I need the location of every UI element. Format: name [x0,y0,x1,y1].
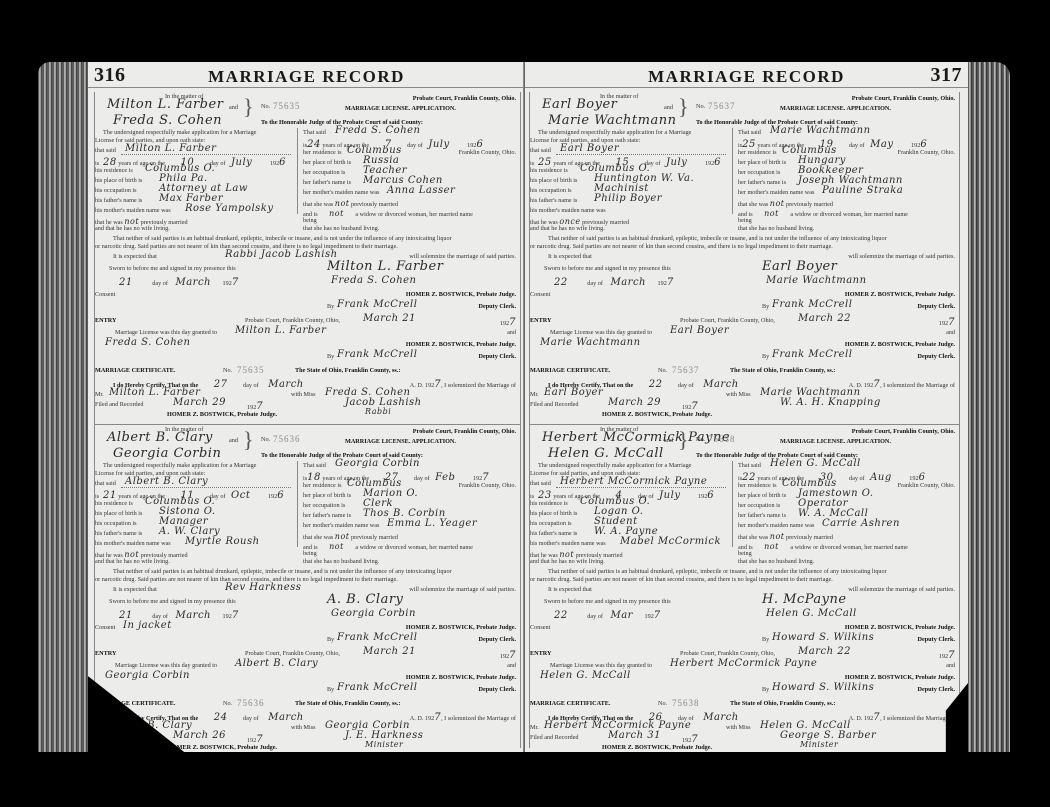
ad-label: A. D. 192 [849,715,873,722]
day-of-label: day of [678,382,694,389]
that-said-label: that said [530,148,551,154]
his-father-label: his father's name is [530,531,577,537]
consent-label: Consent [95,292,115,298]
state-label: The State of Ohio, Franklin County, ss.: [295,368,400,374]
filed-date: March 31 [608,731,661,741]
deputy-label: Deputy Clerk. [479,687,516,693]
deputy-signature: Frank McCrell [337,300,417,310]
license-application-title: MARRIAGE LICENSE. APPLICATION. [345,439,456,445]
solemnized-label: I solemnized the Marriage of [444,382,516,389]
entry-deputy: Frank McCrell [337,683,417,693]
bride-name: Marie Wachtmann [548,114,676,127]
court-label: Probate Court, Franklin County, Ohio. [413,96,516,102]
franklin-label: Franklin County, Ohio. [459,483,516,489]
cert-no-label: No. [223,368,232,374]
cert-number: 75638 [672,699,700,708]
cert-month: March [268,712,304,723]
entry-deputy: Howard S. Wilkins [772,683,874,693]
state-label: The State of Ohio, Franklin County, ss.: [730,701,835,707]
sworn-date-row: 22 day of Mar 1927 [554,611,661,621]
that-said-label: that said [95,148,116,154]
entry-year-row: 1927 [939,651,955,661]
neither-text-1: That neither of said parties is an habit… [548,236,887,242]
year-prefix: 192 [247,404,256,411]
groom-year: 6 [707,490,714,501]
cert-year: 7 [434,379,441,390]
entry-and-label: and [946,330,955,336]
sworn-year: 7 [232,610,239,621]
her-mother-label: her mother's maiden name was [303,190,379,196]
year-prefix: 192 [909,475,918,482]
that-said-label: that said [530,481,551,487]
sworn-day: 22 [554,277,568,288]
bride-mother: Emma L. Yeager [387,519,477,529]
entry-court-label: Probate Court, Franklin County, Ohio, [680,318,775,324]
entry-heading: ENTRY [95,651,116,657]
filed-label: Filed and Recorded [95,735,143,741]
with-miss-label: with Miss [291,725,316,731]
his-occupation-label: his occupation is [95,521,137,527]
consent-value: In jacket [123,621,172,631]
year-prefix: 192 [698,493,707,500]
bride-prev-married: not [335,199,350,208]
entry-and-label: and [946,663,955,669]
deputy-signature: Frank McCrell [772,300,852,310]
solemnizer-signature: W. A. H. Knapping [780,398,881,408]
column-divider [732,461,733,547]
previously-married-label: previously married [786,201,833,208]
cert-no-label: No. [223,701,232,707]
entry-groom: Milton L. Farber [235,326,326,336]
sworn-label: Sworn to before me and signed in my pres… [109,266,236,272]
bride-name-field: Helen G. McCall [770,459,861,469]
entry-and-label: and [507,663,516,669]
bride-mother: Anna Lasser [387,186,455,196]
neither-text-1: That neither of said parties is an habit… [113,236,452,242]
his-mother-label: his mother's maiden name was [95,208,171,214]
state-label: The State of Ohio, Franklin County, ss.: [295,701,400,707]
sworn-label: Sworn to before me and signed in my pres… [109,599,236,605]
record-entry: In the matter of Milton L. Farber and Fr… [95,92,520,422]
his-mother-label: his mother's maiden name was [95,541,171,547]
license-application-title: MARRIAGE LICENSE. APPLICATION. [780,106,891,112]
groom-year: 6 [714,157,721,168]
groom-father: Philip Boyer [594,194,662,204]
mr-label: Mr. [95,725,104,731]
year-prefix: 192 [500,320,509,327]
and-label: and [664,438,673,444]
day-of-label: day of [243,382,259,389]
neither-text-2: or narcotic drug. Said parties are not n… [530,244,833,250]
her-father-label: her father's name is [303,513,351,519]
filed-date: March 29 [608,398,661,408]
filed-label: Filed and Recorded [95,402,143,408]
license-number: 75637 [708,102,736,111]
previously-married-label: previously married [786,534,833,541]
certificate-heading: MARRIAGE CERTIFICATE. [95,701,175,707]
his-residence-label: his residence is [95,168,133,174]
her-that-said-label: That said [738,130,761,136]
entry-bride: Freda S. Cohen [105,338,191,348]
no-husband-label: that she has no husband living. [738,559,814,565]
her-father-label: her father's name is [303,180,351,186]
officiant: Rev Harkness [225,583,301,593]
cert-number: 75637 [672,366,700,375]
his-birth-label: his place of birth is [530,511,577,517]
license-granted-label: Marriage License was this day granted to [550,663,652,669]
bride-signature: Helen G. McCall [766,609,857,619]
day-of-label: day of [587,613,603,620]
she-was-row: that she was not previously married [738,200,833,208]
judge-label: HOMER Z. BOSTWICK, Probate Judge. [602,745,712,751]
undersigned-text: The undersigned respectfully make applic… [538,130,691,136]
judge-label: HOMER Z. BOSTWICK, Probate Judge. [602,412,712,418]
his-residence-label: his residence is [95,501,133,507]
being-label: being [738,218,752,224]
judge-label: HOMER Z. BOSTWICK, Probate Judge. [406,292,516,298]
day-of-label: day of [407,142,423,149]
his-occupation-label: his occupation is [530,188,572,194]
deputy-label: Deputy Clerk. [918,304,955,310]
dotline [556,154,726,155]
ad-row: A. D. 1927, I solemnized the Marriage of [849,380,955,390]
column-divider [297,461,298,547]
deputy-label: Deputy Clerk. [479,637,516,643]
groom-name: Albert B. Clary [107,431,213,444]
filed-label: Filed and Recorded [530,735,578,741]
widow-row: and is not a widow or divorced woman, he… [303,210,473,218]
and-label: and [229,438,238,444]
license-number-label: No. [696,437,705,443]
her-occupation-label: her occupation is [303,503,345,509]
brace: } [243,429,254,451]
groom-name: Earl Boyer [542,98,617,111]
expected-label: It is expected that [548,587,592,593]
that-said-label: that said [95,481,116,487]
ad-row: A. D. 1927, I solemnized the Marriage of [410,380,516,390]
deputy-label: Deputy Clerk. [918,354,955,360]
entry-court-label: Probate Court, Franklin County, Ohio, [245,651,340,657]
license-granted-label: Marriage License was this day granted to [115,663,217,669]
her-residence-label: her residence is [738,150,776,156]
groom-name: Milton L. Farber [107,98,223,111]
records-frame: In the matter of Milton L. Farber and Fr… [94,92,521,748]
his-birth-label: his place of birth is [95,178,142,184]
his-birth-label: his place of birth is [95,511,142,517]
bride-mother: Pauline Straka [822,186,903,196]
bride-bmonth: Aug [870,472,892,483]
his-occupation-label: his occupation is [95,188,137,194]
her-father-label: her father's name is [738,513,786,519]
bride-name: Helen G. McCall [548,447,664,460]
bride-name: Georgia Corbin [113,447,221,460]
officiant: Rabbi Jacob Lashish [225,250,338,260]
groom-bmonth: July [231,157,252,168]
undersigned-text: The undersigned respectfully make applic… [538,463,691,469]
entry-groom: Herbert McCormick Payne [670,659,817,669]
widow-label: a widow or divorced woman, her married n… [355,544,473,551]
dotline [121,487,291,488]
sworn-label: Sworn to before me and signed in my pres… [544,599,671,605]
deputy-label: Deputy Clerk. [918,637,955,643]
his-residence-label: his residence is [530,501,568,507]
license-application-title: MARRIAGE LICENSE. APPLICATION. [345,106,456,112]
judge-label: HOMER Z. BOSTWICK, Probate Judge. [167,745,277,751]
by-label: By [762,354,769,360]
her-mother-label: her mother's maiden name was [738,523,814,529]
judge-label: HOMER Z. BOSTWICK, Probate Judge. [406,342,516,348]
solemnize-label: will solemnize the marriage of said part… [848,254,955,260]
groom-signature: Milton L. Farber [327,260,443,273]
by-label: By [762,304,769,310]
entry-deputy: Frank McCrell [337,350,417,360]
her-birth-label: her place of birth is [303,493,351,499]
cert-year: 7 [873,712,880,723]
deputy-label: Deputy Clerk. [479,354,516,360]
state-label: The State of Ohio, Franklin County, ss.: [730,368,835,374]
year-prefix: 192 [473,475,482,482]
entry-deputy: Frank McCrell [772,350,852,360]
day-of-label: day of [849,475,865,482]
neither-text-1: That neither of said parties is an habit… [548,569,887,575]
being-label: being [303,218,317,224]
year-prefix: 192 [939,320,948,327]
entry-court-label: Probate Court, Franklin County, Ohio, [680,651,775,657]
entry-year: 7 [948,317,955,328]
certificate-heading: MARRIAGE CERTIFICATE. [530,368,610,374]
her-mother-label: her mother's maiden name was [738,190,814,196]
year-prefix: 192 [645,613,654,620]
page-title: MARRIAGE RECORD [208,67,405,87]
license-granted-label: Marriage License was this day granted to [550,330,652,336]
solemnized-label: I solemnized the Marriage of [883,715,955,722]
entry-court-label: Probate Court, Franklin County, Ohio, [245,318,340,324]
filed-label: Filed and Recorded [530,402,578,408]
her-birth-label: her place of birth is [303,160,351,166]
being-label: being [303,551,317,557]
by-label: By [327,637,334,643]
license-number: 75638 [708,435,736,444]
solemnizer-title: Rabbi [365,408,391,416]
year-prefix: 192 [682,404,691,411]
right-page-edges [968,62,1010,752]
court-label: Probate Court, Franklin County, Ohio. [852,96,955,102]
sworn-label: Sworn to before me and signed in my pres… [544,266,671,272]
year-prefix: 192 [911,142,920,149]
year-prefix: 192 [705,160,714,167]
certify-row: I do Hereby Certify, That on the 24 day … [113,713,304,723]
brace: } [243,96,254,118]
entry-date: March 22 [798,647,851,657]
his-occupation-label: his occupation is [530,521,572,527]
deputy-signature: Howard S. Wilkins [772,633,874,643]
franklin-label: Franklin County, Ohio. [459,150,516,156]
record-entry: In the matter of Albert B. Clary and Geo… [95,424,520,752]
undersigned-text: The undersigned respectfully make applic… [103,130,256,136]
entry-year-row: 1927 [939,318,955,328]
with-miss-label: with Miss [291,392,316,398]
his-father-label: his father's name is [95,198,142,204]
sworn-month: March [175,277,211,288]
with-miss-label: with Miss [726,392,751,398]
year-prefix: 192 [223,280,232,287]
court-label: Probate Court, Franklin County, Ohio. [413,429,516,435]
solemnizer-title: Minister [365,741,403,749]
his-mother-label: his mother's maiden name was [530,541,606,547]
page-header: MARRIAGE RECORD 317 [525,62,968,88]
cert-day: 27 [214,379,228,390]
his-residence-label: his residence is [530,168,568,174]
entry-year: 7 [948,650,955,661]
no-husband-label: that she has no husband living. [738,226,814,232]
no-husband-label: that she has no husband living. [303,559,379,565]
neither-text-2: or narcotic drug. Said parties are not n… [530,577,833,583]
being-label: being [738,551,752,557]
her-that-said-label: That said [303,463,326,469]
groom-bmonth: July [666,157,687,168]
no-husband-label: that she has no husband living. [303,226,379,232]
bride-bmonth: July [428,139,449,150]
sworn-day: 22 [554,610,568,621]
record-book: 316 MARRIAGE RECORD In the matter of Mil… [0,0,1050,807]
cert-month: March [703,712,739,723]
groom-name-field: Albert B. Clary [125,477,208,487]
bride-signature: Marie Wachtmann [766,276,867,286]
sworn-year: 7 [667,277,674,288]
groom-signature: H. McPayne [762,593,847,606]
bride-widow: not [329,209,344,218]
ad-row: A. D. 1927, I solemnized the Marriage of [849,713,955,723]
his-father-label: his father's name is [95,531,142,537]
bride-name-field: Marie Wachtmann [770,126,871,136]
groom-bmonth: July [659,490,680,501]
franklin-label: Franklin County, Ohio. [898,483,955,489]
filed-date: March 26 [173,731,226,741]
widow-label: a widow or divorced woman, her married n… [355,211,473,218]
neither-text-1: That neither of said parties is an habit… [113,569,452,575]
previously-married-label: previously married [351,201,398,208]
judge-label: HOMER Z. BOSTWICK, Probate Judge. [845,342,955,348]
entry-date: March 21 [363,647,416,657]
deputy-label: Deputy Clerk. [918,687,955,693]
brace: } [678,96,689,118]
entry-year: 7 [509,650,516,661]
judge-label: HOMER Z. BOSTWICK, Probate Judge. [406,625,516,631]
certificate-heading: MARRIAGE CERTIFICATE. [530,701,610,707]
bride-widow: not [764,542,779,551]
undersigned-text: The undersigned respectfully make applic… [103,463,256,469]
solemnize-label: will solemnize the marriage of said part… [848,587,955,593]
by-label: By [762,687,769,693]
she-was-row: that she was not previously married [303,200,398,208]
deputy-label: Deputy Clerk. [479,304,516,310]
right-page: MARRIAGE RECORD 317 In the matter of Ear… [525,62,968,752]
no-wife-label: and that he has no wife living. [530,559,605,565]
widow-label: a widow or divorced woman, her married n… [790,544,908,551]
groom-mother: Rose Yampolsky [185,204,274,214]
cert-month: March [703,379,739,390]
filed-date: March 29 [173,398,226,408]
judge-label: HOMER Z. BOSTWICK, Probate Judge. [406,675,516,681]
by-label: By [327,354,334,360]
sworn-month: March [175,610,211,621]
no-wife-label: and that he has no wife living. [95,559,170,565]
mr-label: Mr. [530,725,539,731]
day-of-label: day of [849,142,865,149]
cert-no-label: No. [658,701,667,707]
no-wife-label: and that he has no wife living. [530,226,605,232]
groom-signature: Earl Boyer [762,260,837,273]
year-prefix: 192 [939,653,948,660]
entry-bride: Helen G. McCall [540,671,631,681]
entry-year: 7 [509,317,516,328]
solemnizer-title: Minister [800,741,838,749]
bride-name: Freda S. Cohen [113,114,222,127]
license-number-label: No. [696,104,705,110]
page-number: 317 [931,64,963,87]
page-number: 316 [94,64,126,87]
judge-label: HOMER Z. BOSTWICK, Probate Judge. [845,675,955,681]
groom-name-field: Earl Boyer [560,144,619,154]
page-header: 316 MARRIAGE RECORD [88,62,525,88]
expected-label: It is expected that [113,587,157,593]
franklin-label: Franklin County, Ohio. [898,150,955,156]
left-page-edges [38,62,88,752]
bride-name-field: Georgia Corbin [335,459,420,469]
judge-label: HOMER Z. BOSTWICK, Probate Judge. [845,625,955,631]
bride-mother: Carrie Ashren [822,519,900,529]
groom-mother: Mabel McCormick [620,537,721,547]
mr-label: Mr. [95,392,104,398]
widow-row: and is not a widow or divorced woman, he… [738,543,908,551]
his-birth-label: his place of birth is [530,178,577,184]
groom-year: 6 [277,490,284,501]
groom-signature: A. B. Clary [327,593,403,606]
by-label: By [327,304,334,310]
widow-label: a widow or divorced woman, her married n… [790,211,908,218]
cert-groom: Earl Boyer [544,388,603,398]
sworn-year: 7 [654,610,661,621]
bride-prev-married: not [335,532,350,541]
she-was-row: that she was not previously married [303,533,398,541]
record-entry: In the matter of Earl Boyer and Marie Wa… [530,92,959,422]
his-father-label: his father's name is [530,198,577,204]
widow-row: and is not a widow or divorced woman, he… [303,543,473,551]
entry-groom: Earl Boyer [670,326,729,336]
year-prefix: 192 [270,160,279,167]
her-that-said-label: That said [303,130,326,136]
entry-groom: Albert B. Clary [235,659,318,669]
sworn-day: 21 [119,277,133,288]
groom-name-field: Herbert McCormick Payne [560,477,707,487]
her-occupation-label: her occupation is [738,503,780,509]
day-of-label: day of [152,613,168,620]
she-was-label: that she was [303,534,333,541]
cert-day: 24 [214,712,228,723]
she-was-label: that she was [738,201,768,208]
bride-widow: not [329,542,344,551]
dotline [121,154,291,155]
cert-month: March [268,379,304,390]
solemnized-label: I solemnized the Marriage of [883,382,955,389]
her-occupation-label: her occupation is [738,170,780,176]
license-number-label: No. [261,437,270,443]
day-of-label: day of [587,280,603,287]
license-number: 75635 [273,102,301,111]
sworn-date-row: 21 day of March 1927 [119,278,239,288]
her-that-said-label: That said [738,463,761,469]
expected-label: It is expected that [113,254,157,260]
